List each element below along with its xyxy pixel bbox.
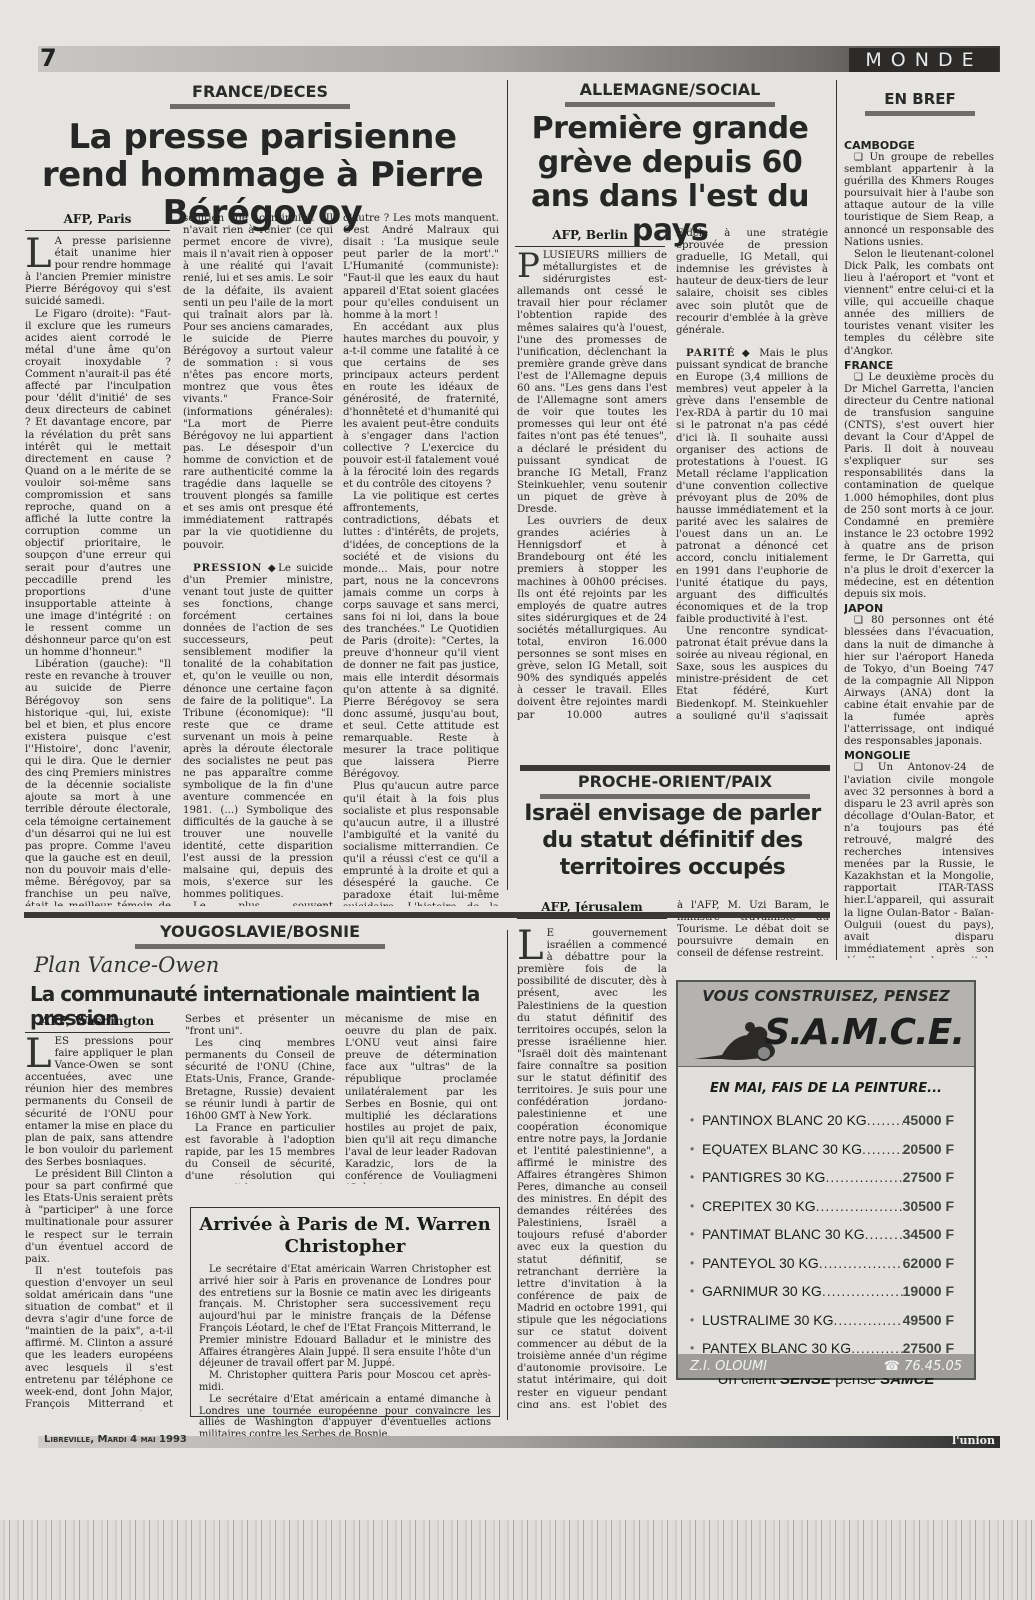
ad-promo: EN MAI, FAIS DE LA PEINTURE... [678, 1081, 974, 1096]
article-byline: AFP, Berlin [515, 228, 665, 247]
ad-product-row: •PANTIMAT BLANC 30 KG ..................… [678, 1220, 974, 1249]
article-column: LE gouvernement israélien a commencé à d… [517, 928, 667, 1408]
article-column: LA presse parisienne était unanime hier … [25, 236, 171, 906]
brief-country: CAMBODGE [844, 139, 994, 152]
article-byline: AFP, Paris [25, 212, 170, 231]
newspaper-page: 7 MONDE FRANCE/DECES La presse parisienn… [0, 0, 1035, 1600]
column-divider [507, 80, 508, 890]
ad-slogan: VOUS CONSTRUISEZ, PENSEZ [678, 982, 974, 1005]
article-kicker: ALLEMAGNE/SOCIAL [565, 80, 775, 107]
ad-product-row: •PANTEYOL 30 KG ........................… [678, 1249, 974, 1278]
ad-product-row: •PANTIGRES 30 KG .......................… [678, 1163, 974, 1192]
briefs-column: CAMBODGE ❑ Un groupe de rebelles semblan… [844, 138, 994, 958]
brief-country: FRANCE [844, 359, 994, 372]
article-column: mécanisme de mise en oeuvre du plan de p… [345, 1014, 497, 1184]
article-kicker: FRANCE/DECES [170, 82, 350, 109]
article-kicker: PROCHE-ORIENT/PAIX [540, 772, 810, 799]
briefs-title: EN BREF [865, 90, 975, 116]
article-column: PLUSIEURS milliers de métallurgistes et … [517, 250, 667, 720]
article-column: à l'AFP, M. Uzi Baram, le ministre trava… [677, 900, 829, 960]
article-column: solution de continuité. Il n'avait rien … [183, 213, 333, 906]
sidebar-box: Arrivée à Paris de M. Warren Christopher… [190, 1207, 500, 1417]
article-column: d'autre ? Les mots manquent. C'est André… [343, 213, 499, 906]
drop-cap: L [517, 930, 544, 962]
section-rule [24, 912, 830, 918]
scan-artifact [0, 1520, 1035, 1600]
page-number: 7 [40, 44, 57, 72]
ad-brand: S.A.M.C.E. [764, 1012, 964, 1053]
brief-country: MONGOLIE [844, 749, 994, 762]
footer-dateline: Libreville, Mardi 4 mai 1993 [44, 1434, 187, 1445]
ad-banner: VOUS CONSTRUISEZ, PENSEZ S.A.M.C.E. [678, 982, 974, 1067]
article-column: Fidèle à une stratégie éprouvée de press… [676, 228, 828, 720]
ad-product-row: •PANTINOX BLANC 20 KG ..................… [678, 1106, 974, 1135]
box-title: Arrivée à Paris de M. Warren Christopher [199, 1214, 491, 1258]
brief-country: JAPON [844, 602, 994, 615]
ad-footer: Z.I. OLOUMI ☎ 76.45.05 [678, 1354, 974, 1378]
samce-advertisement: VOUS CONSTRUISEZ, PENSEZ S.A.M.C.E. EN M… [676, 980, 976, 1380]
article-subtitle: Plan Vance-Owen [34, 953, 219, 977]
ad-product-row: •CREPITEX 30 KG ........................… [678, 1192, 974, 1221]
footer-paper-name: l'union [952, 1434, 995, 1447]
drop-cap: L [25, 1038, 52, 1070]
telephone-icon: ☎ [884, 1359, 900, 1374]
ad-phone: ☎ 76.45.05 [884, 1359, 962, 1374]
ad-product-row: •GARNIMUR 30 KG ........................… [678, 1277, 974, 1306]
article-column: LES pressions pour faire appliquer le pl… [25, 1036, 173, 1411]
article-headline: Israël envisage de parler du statut défi… [515, 800, 830, 881]
drop-cap: L [25, 238, 52, 270]
column-divider [836, 80, 837, 960]
ad-product-row: •EQUATEX BLANC 30 KG....................… [678, 1135, 974, 1164]
section-rule [520, 765, 830, 771]
drop-cap: P [517, 252, 540, 280]
ad-product-row: •LUSTRALIME 30 KG ......................… [678, 1306, 974, 1335]
article-column: Serbes et présenter un "front uni". Les … [185, 1014, 335, 1184]
ad-address: Z.I. OLOUMI [690, 1359, 767, 1374]
article-byline: AFP, Washington [25, 1014, 170, 1033]
article-kicker: YOUGOSLAVIE/BOSNIE [135, 922, 385, 949]
column-divider [507, 930, 508, 1420]
section-label: MONDE [849, 48, 999, 72]
